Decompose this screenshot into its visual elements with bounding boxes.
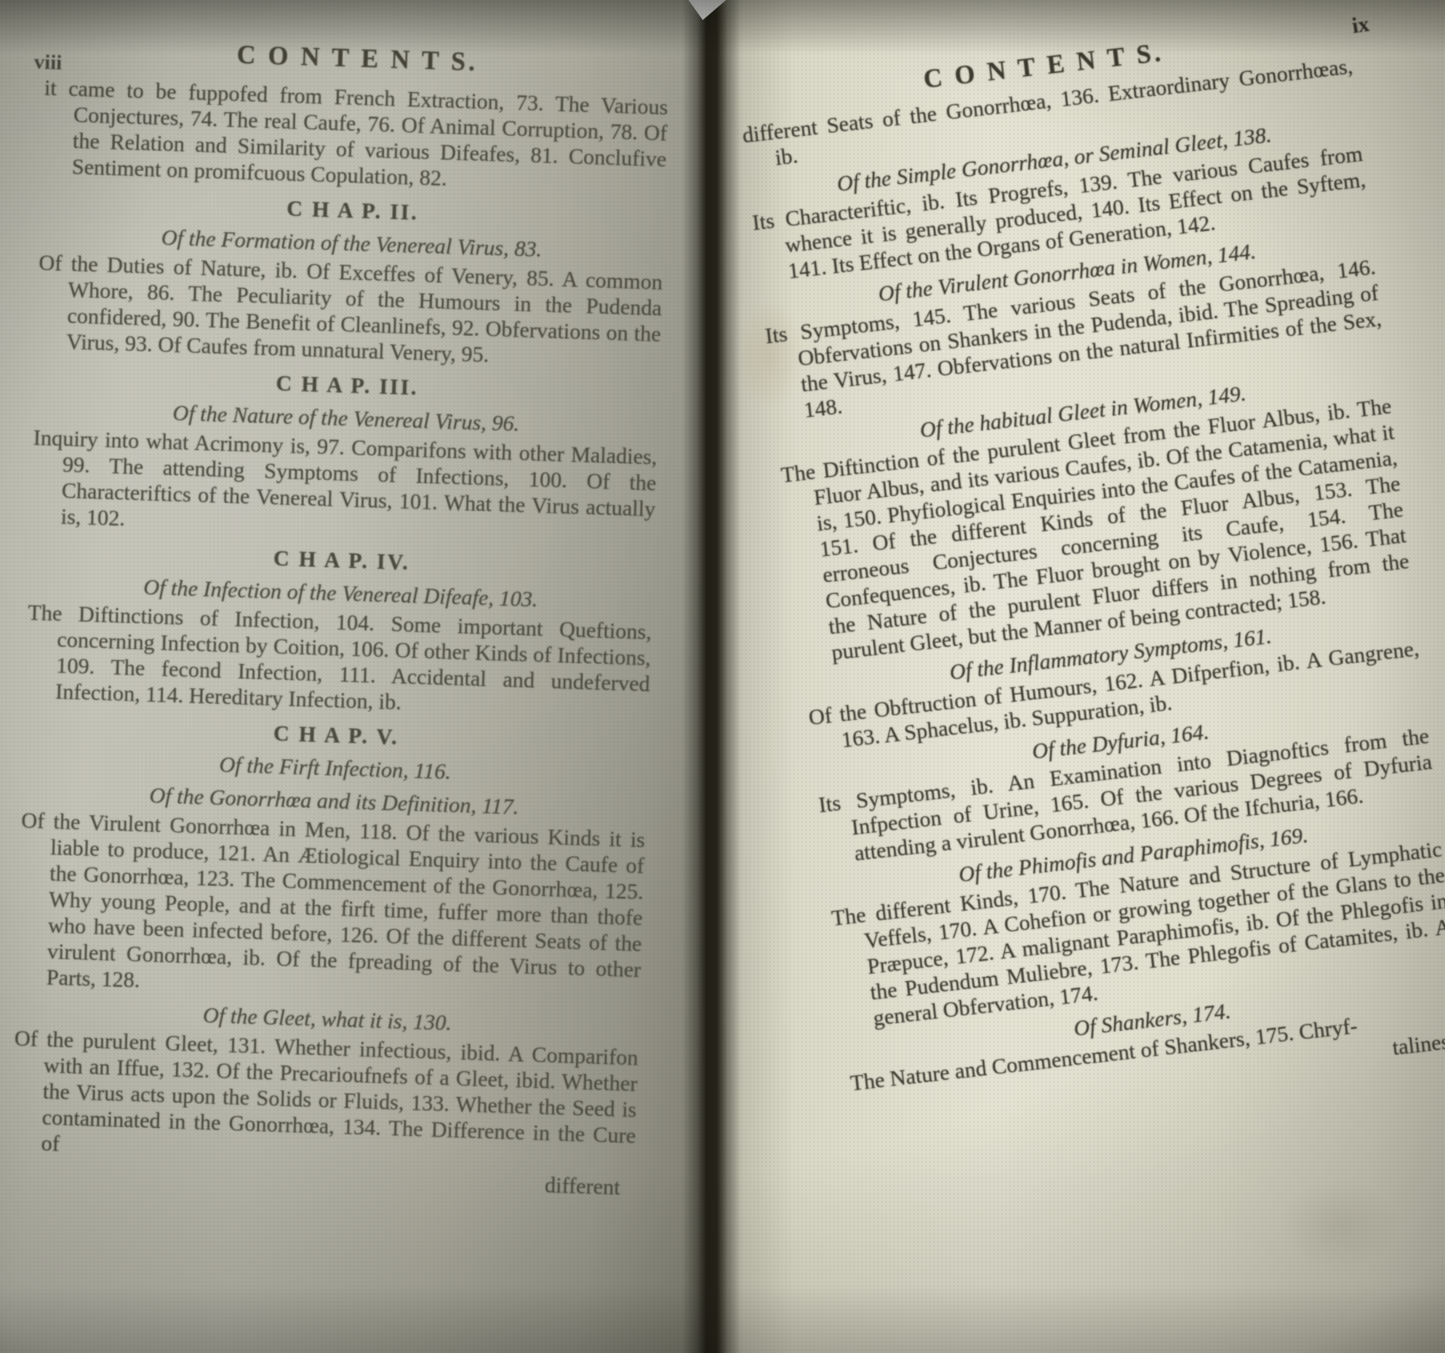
- paper-stain: [1280, 1180, 1400, 1270]
- toc-paragraph: it came to be fuppofed from French Extra…: [42, 75, 669, 199]
- left-page-text: C O N T E N T S. it came to be fuppofed …: [10, 36, 670, 1201]
- toc-paragraph: Inquiry into what Acrimony is, 97. Compa…: [31, 425, 658, 549]
- right-page-text: C O N T E N T S. different Seats of the …: [737, 19, 1445, 1123]
- toc-paragraph: Of the Virulent Gonorrhœa in Men, 118. O…: [16, 808, 645, 1010]
- right-page-number: ix: [1350, 11, 1371, 39]
- gutter-shadow: [682, 0, 740, 1353]
- toc-paragraph: The Diftinctions of Infection, 104. Some…: [25, 600, 652, 724]
- toc-paragraph: Of the Duties of Nature, ib. Of Exceffes…: [36, 250, 663, 374]
- book-photo: viii ix C O N T E N T S. it came to be f…: [0, 0, 1445, 1353]
- toc-paragraph: Of the purulent Gleet, 131. Whether infe…: [11, 1026, 639, 1176]
